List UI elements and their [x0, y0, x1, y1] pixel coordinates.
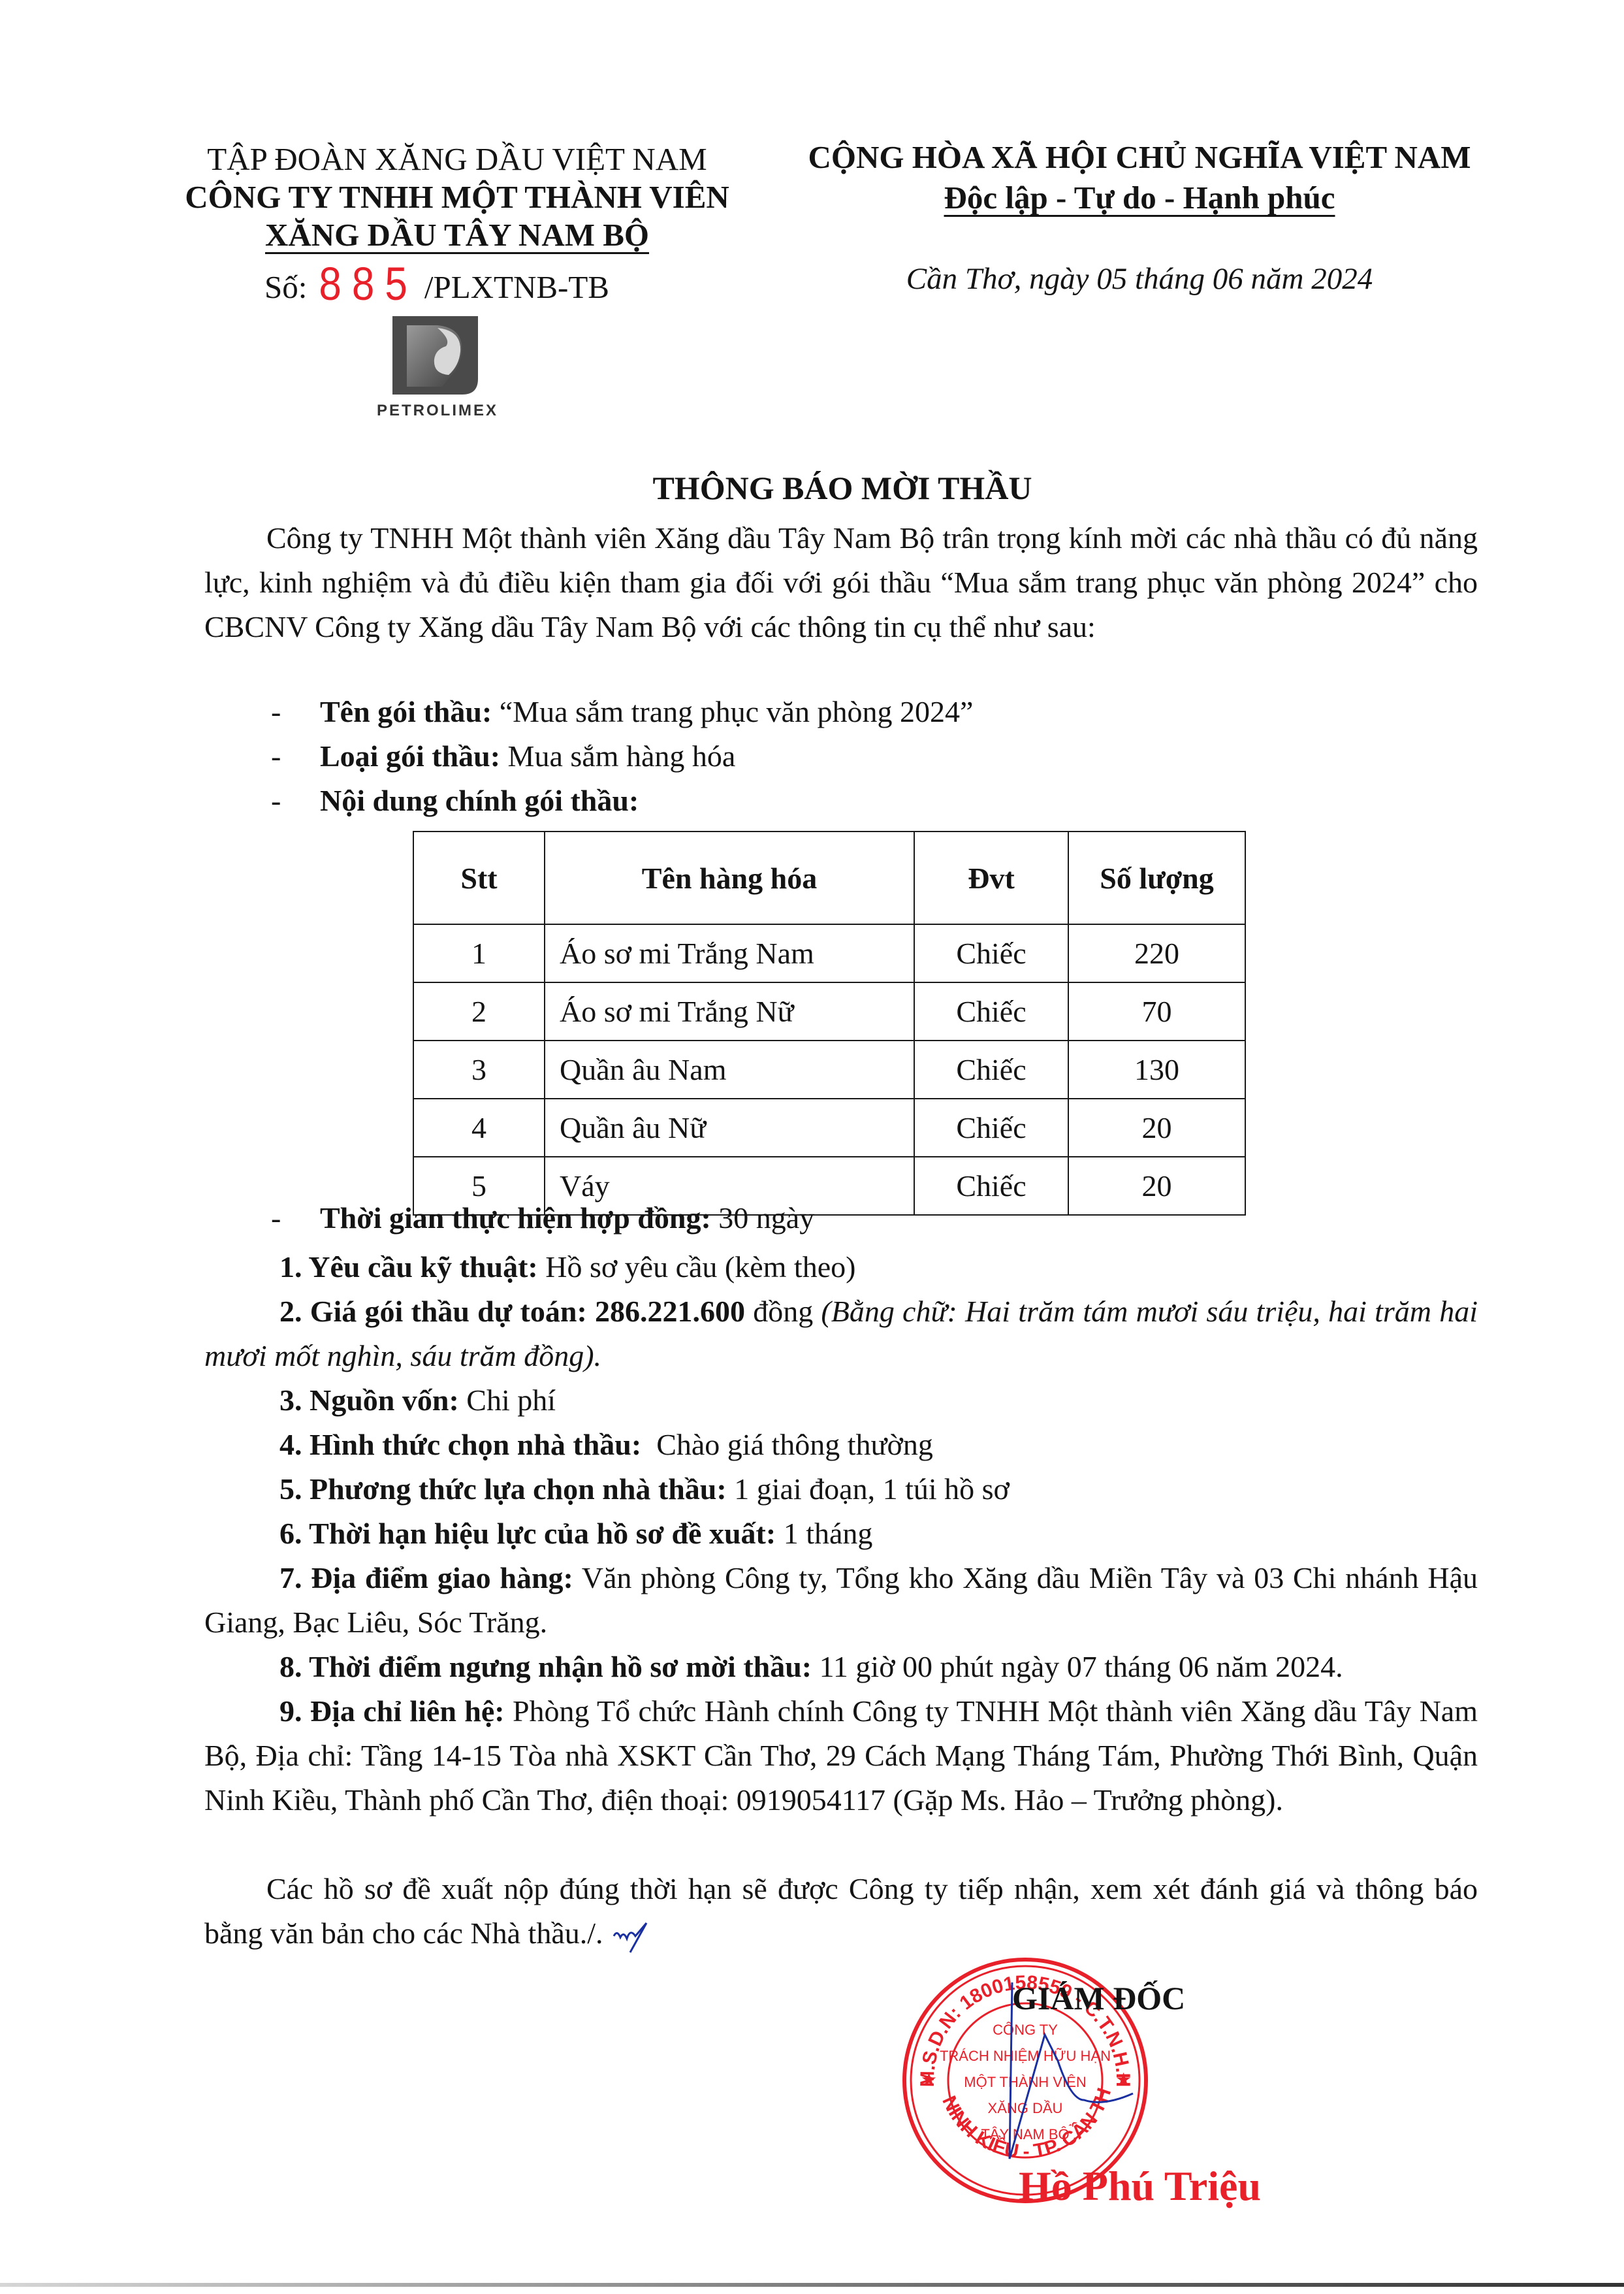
bullet-label: Tên gói thầu:	[320, 695, 492, 728]
bullet-label: Loại gói thầu:	[320, 739, 500, 773]
cell-quantity: 20	[1068, 1099, 1245, 1157]
column-header-stt: Stt	[413, 832, 545, 924]
bullet-value: Mua sắm hàng hóa	[500, 739, 735, 773]
company-name-line2: XĂNG DẦU TÂY NAM BỘ	[163, 216, 751, 254]
item-submission-deadline: 8. Thời điểm ngưng nhận hồ sơ mời thầu: …	[204, 1645, 1478, 1689]
item-proposal-validity: 6. Thời hạn hiệu lực của hồ sơ đề xuất: …	[204, 1511, 1478, 1556]
document-number-label: Số:	[264, 269, 307, 305]
bullet-value: “Mua sắm trang phục văn phòng 2024”	[492, 695, 973, 728]
item-technical-requirements: 1. Yêu cầu kỹ thuật: Hồ sơ yêu cầu (kèm …	[204, 1245, 1478, 1289]
svg-text:★: ★	[921, 2070, 937, 2090]
cell-unit: Chiếc	[914, 1157, 1068, 1215]
cell-quantity: 70	[1068, 982, 1245, 1041]
bullet-package-content: -Nội dung chính gói thầu:	[271, 783, 639, 818]
table-row: 4Quần âu NữChiếc20	[413, 1099, 1245, 1157]
bullet-value: 30 ngày	[711, 1201, 814, 1235]
company-name-line1: CÔNG TY TNHH MỘT THÀNH VIÊN	[163, 178, 751, 216]
cell-stt: 1	[413, 924, 545, 982]
item-estimated-price: 2. Giá gói thầu dự toán: 286.221.600 đồn…	[204, 1289, 1478, 1378]
column-header-item-name: Tên hàng hóa	[545, 832, 914, 924]
item-funding-source: 3. Nguồn vốn: Chi phí	[204, 1378, 1478, 1423]
national-title: CỘNG HÒA XÃ HỘI CHỦ NGHĨA VIỆT NAM	[764, 137, 1515, 178]
svg-text:★: ★	[1115, 2070, 1132, 2090]
document-number-suffix: /PLXTNB-TB	[424, 269, 609, 305]
petrolimex-logo-icon	[389, 314, 482, 397]
item-selection-method: 5. Phương thức lựa chọn nhà thầu: 1 giai…	[204, 1467, 1478, 1511]
svg-text:TRÁCH NHIỆM HỮU HẠN: TRÁCH NHIỆM HỮU HẠN	[940, 2048, 1111, 2064]
intro-paragraph: Công ty TNHH Một thành viên Xăng dầu Tây…	[204, 516, 1478, 649]
document-title: THÔNG BÁO MỜI THẦU	[196, 469, 1489, 507]
column-header-unit: Đvt	[914, 832, 1068, 924]
bullet-label: Nội dung chính gói thầu:	[320, 784, 639, 817]
signatory-title: GIÁM ĐỐC	[1012, 1979, 1185, 2017]
closing-paragraph: Các hồ sơ đề xuất nộp đúng thời hạn sẽ đ…	[204, 1867, 1478, 1956]
cell-item-name: Quần âu Nữ	[545, 1099, 914, 1157]
cell-item-name: Áo sơ mi Trắng Nữ	[545, 982, 914, 1041]
cell-unit: Chiếc	[914, 1099, 1068, 1157]
cell-stt: 3	[413, 1041, 545, 1099]
cell-item-name: Quần âu Nam	[545, 1041, 914, 1099]
national-header: CỘNG HÒA XÃ HỘI CHỦ NGHĨA VIỆT NAM Độc l…	[764, 137, 1515, 218]
cell-quantity: 220	[1068, 924, 1245, 982]
cell-stt: 2	[413, 982, 545, 1041]
item-contact-address: 9. Địa chỉ liên hệ: Phòng Tổ chức Hành c…	[204, 1689, 1478, 1822]
item-delivery-location: 7. Địa điểm giao hàng: Văn phòng Công ty…	[204, 1556, 1478, 1645]
parent-org-name: TẬP ĐOÀN XĂNG DẦU VIỆT NAM	[163, 140, 751, 178]
org-header: TẬP ĐOÀN XĂNG DẦU VIỆT NAM CÔNG TY TNHH …	[163, 140, 751, 254]
goods-table: Stt Tên hàng hóa Đvt Số lượng 1Áo sơ mi …	[413, 831, 1246, 1216]
cell-stt: 4	[413, 1099, 545, 1157]
bullet-contract-duration: -Thời gian thực hiện hợp đồng: 30 ngày	[271, 1201, 814, 1235]
document-date: Cần Thơ, ngày 05 tháng 06 năm 2024	[764, 261, 1515, 297]
svg-text:TÂY NAM BỘ: TÂY NAM BỘ	[981, 2126, 1069, 2142]
document-number: Số:885/PLXTNB-TB	[264, 261, 609, 308]
cell-quantity: 130	[1068, 1041, 1245, 1099]
bullet-package-type: -Loại gói thầu: Mua sắm hàng hóa	[271, 739, 735, 773]
cell-item-name: Áo sơ mi Trắng Nam	[545, 924, 914, 982]
bullet-label: Thời gian thực hiện hợp đồng:	[320, 1201, 711, 1235]
column-header-quantity: Số lượng	[1068, 832, 1245, 924]
table-row: 1Áo sơ mi Trắng NamChiếc220	[413, 924, 1245, 982]
cell-quantity: 20	[1068, 1157, 1245, 1215]
bullet-package-name: -Tên gói thầu: “Mua sắm trang phục văn p…	[271, 694, 973, 729]
cell-unit: Chiếc	[914, 924, 1068, 982]
svg-text:CÔNG TY: CÔNG TY	[993, 2022, 1058, 2038]
scan-edge-divider	[0, 2283, 1624, 2287]
signatory-name: Hồ Phú Triệu	[1019, 2162, 1261, 2210]
table-row: 3Quần âu NamChiếc130	[413, 1041, 1245, 1099]
table-row: 2Áo sơ mi Trắng NữChiếc70	[413, 982, 1245, 1041]
cell-unit: Chiếc	[914, 1041, 1068, 1099]
national-motto: Độc lập - Tự do - Hạnh phúc	[944, 180, 1335, 216]
item-selection-form: 4. Hình thức chọn nhà thầu: Chào giá thô…	[204, 1423, 1478, 1467]
logo-wordmark: PETROLIMEX	[353, 402, 522, 420]
svg-text:MỘT THÀNH VIÊN: MỘT THÀNH VIÊN	[964, 2074, 1086, 2090]
document-number-value: 885	[319, 258, 417, 312]
cell-unit: Chiếc	[914, 982, 1068, 1041]
initial-mark-icon	[611, 1916, 656, 1956]
table-header-row: Stt Tên hàng hóa Đvt Số lượng	[413, 832, 1245, 924]
